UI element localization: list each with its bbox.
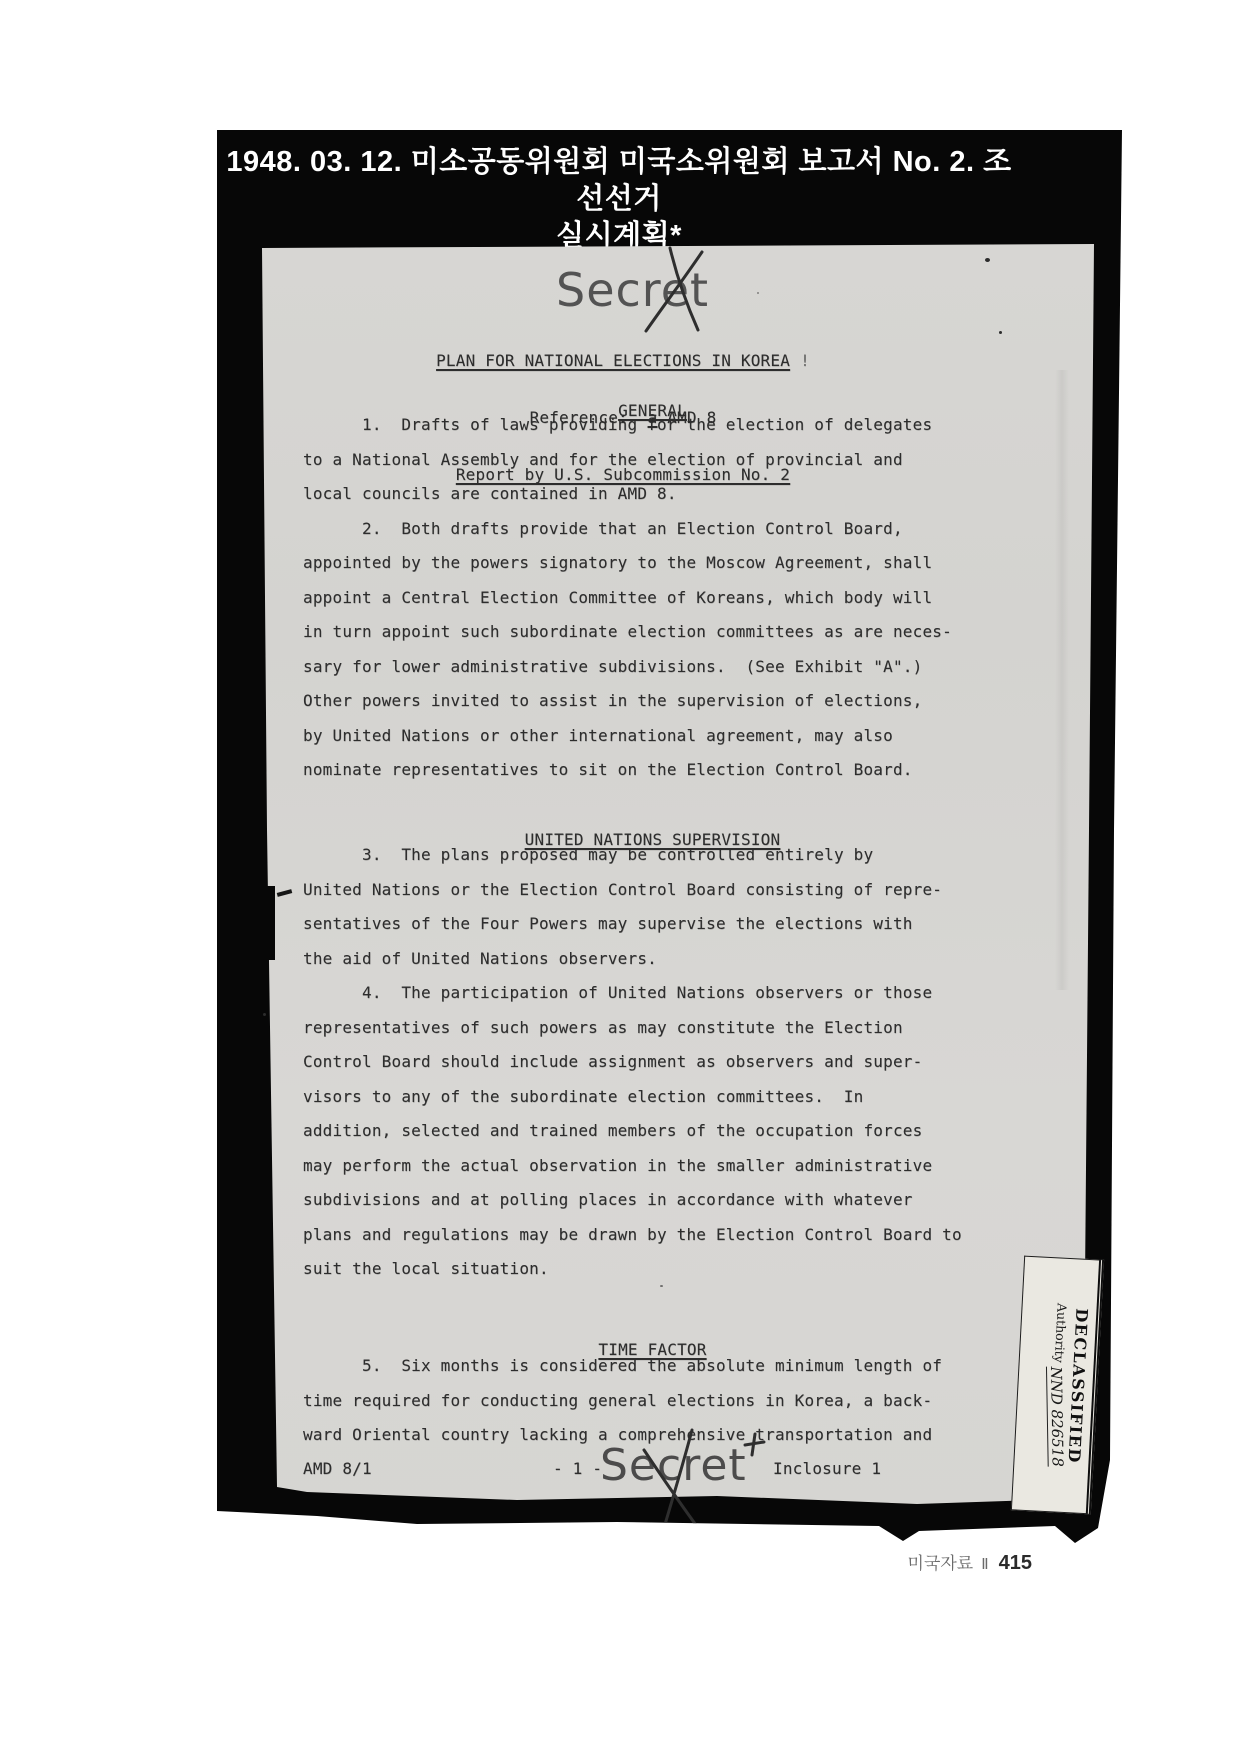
section-body-general: 1. Drafts of laws providing for the elec… (303, 408, 952, 788)
book-page: 1948. 03. 12. 미소공동위원회 미국소위원회 보고서 No. 2. … (0, 0, 1240, 1755)
paper-crease (1055, 370, 1069, 990)
scanned-document: 1948. 03. 12. 미소공동위원회 미국소위원회 보고서 No. 2. … (217, 130, 1122, 1545)
paper-speck (263, 1013, 266, 1016)
secret-stamp-text: Secret (556, 263, 709, 317)
document-title: PLAN FOR NATIONAL ELECTIONS IN KOREA (436, 351, 790, 370)
title-mark: ! (800, 351, 810, 370)
book-footer: 미국자료Ⅱ415 (760, 1549, 1032, 1575)
caption-line-1: 1948. 03. 12. 미소공동위원회 미국소위원회 보고서 No. 2. … (225, 144, 1013, 218)
secret-stamp-text: Secret (600, 1440, 747, 1491)
paper-speck (985, 258, 990, 262)
binding-notch (258, 886, 275, 960)
footer-volume: Ⅱ (981, 1556, 988, 1573)
declassified-stamp: DECLASSIFIED AuthorityNND 826518 (1011, 1256, 1104, 1515)
footer-page-number: 415 (999, 1552, 1032, 1574)
plus-mark-icon (745, 1442, 764, 1445)
footer-source: 미국자료 (908, 1554, 974, 1573)
section-body-un: 3. The plans proposed may be controlled … (303, 838, 962, 1287)
paper-speck (999, 331, 1002, 334)
doc-footer-left: AMD 8/1 (303, 1459, 372, 1478)
authority-handwriting: NND 826518 (1046, 1367, 1067, 1468)
document-title-line: PLAN FOR NATIONAL ELECTIONS IN KOREA! (303, 351, 943, 370)
pen-squiggle (704, 1536, 726, 1543)
